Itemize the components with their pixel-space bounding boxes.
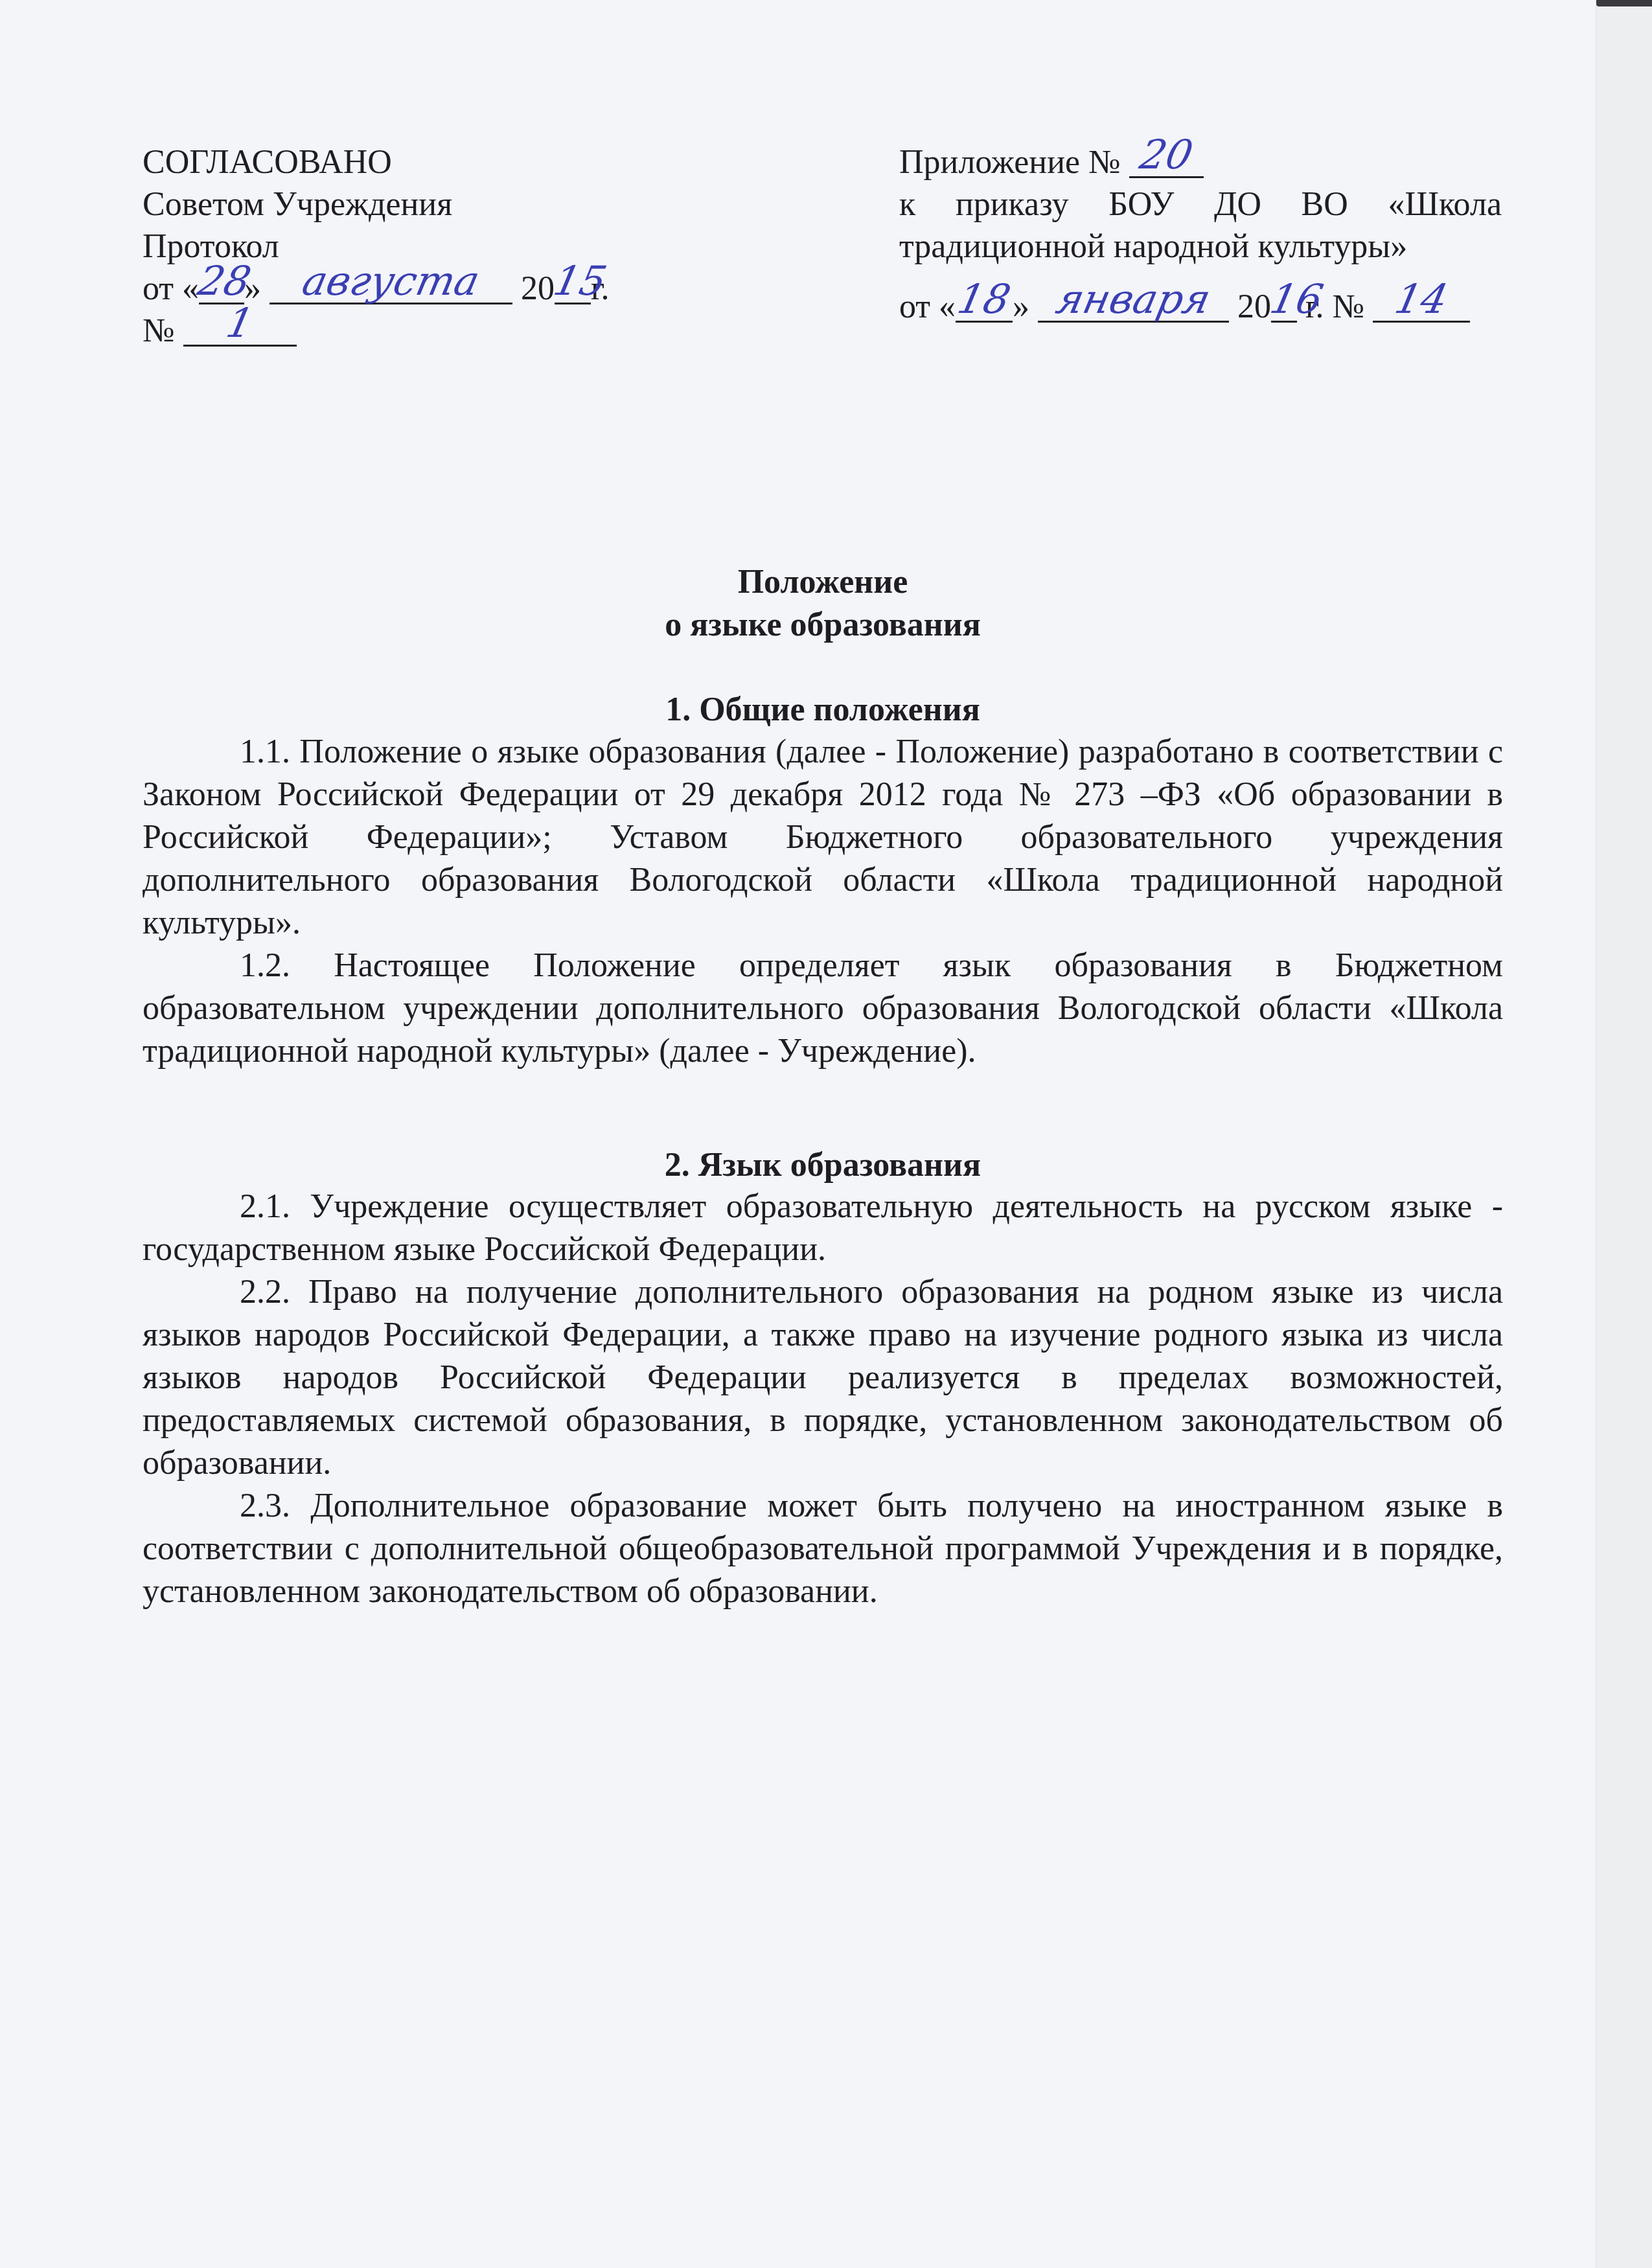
date-prefix: от «: [899, 288, 956, 325]
handwritten-day: 18: [951, 279, 1016, 319]
paragraph-1-1: 1.1. Положение о языке образования (дале…: [143, 731, 1503, 945]
approved-label: СОГЛАСОВАНО: [143, 141, 674, 183]
paragraph-2-1: 2.1. Учреждение осуществляет образовател…: [143, 1186, 1503, 1271]
month-field: января: [1038, 287, 1229, 323]
section-body-1: 1.1. Положение о языке образования (дале…: [143, 731, 1503, 1073]
date-prefix: от «: [143, 270, 199, 307]
document-subtitle: о языке образования: [143, 604, 1503, 647]
approved-by: Советом Учреждения: [143, 183, 674, 225]
handwritten-number: 1: [179, 303, 301, 343]
appendix-block: Приложение № 20 к приказу БОУ ДО ВО «Шко…: [899, 141, 1502, 328]
order-line-2: традиционной народной культуры»: [899, 225, 1502, 268]
order-line: к приказу БОУ ДО ВО «Школа: [899, 183, 1502, 225]
approval-block: СОГЛАСОВАНО Советом Учреждения Протокол …: [143, 141, 674, 352]
section-body-2: 2.1. Учреждение осуществляет образовател…: [143, 1186, 1503, 1613]
order-word: БОУ: [1108, 183, 1174, 225]
paragraph-1-2: 1.2. Настоящее Положение определяет язык…: [143, 945, 1503, 1073]
order-word: ДО: [1214, 183, 1261, 225]
handwritten-year: 16: [1267, 279, 1301, 319]
scan-edge: [1596, 0, 1652, 2268]
date-mid: »: [1013, 288, 1029, 325]
paragraph-2-2: 2.2. Право на получение дополнительного …: [143, 1271, 1503, 1485]
document-title: Положение: [143, 561, 1503, 604]
scan-edge-shadow: [1596, 0, 1652, 6]
number-field: 1: [183, 311, 297, 347]
section-heading-2: 2. Язык образования: [143, 1144, 1503, 1187]
section-heading-1: 1. Общие положения: [143, 689, 1503, 731]
paragraph-2-3: 2.3. Дополнительное образование может бы…: [143, 1485, 1503, 1613]
appendix-number-field: 20: [1129, 143, 1204, 178]
year-field: 16: [1271, 287, 1297, 323]
appendix-label: Приложение №: [899, 144, 1121, 181]
handwritten-month: января: [1033, 279, 1233, 319]
month-field: августа: [270, 269, 512, 304]
handwritten-month: августа: [265, 261, 516, 301]
order-number-field: 14: [1373, 287, 1470, 323]
order-word: к: [899, 183, 915, 225]
handwritten-order-number: 14: [1369, 279, 1474, 319]
handwritten-appendix-number: 20: [1125, 135, 1208, 175]
protocol-number-line: № 1: [143, 310, 674, 352]
handwritten-day: 28: [194, 261, 248, 301]
document-page: СОГЛАСОВАНО Советом Учреждения Протокол …: [0, 0, 1596, 2268]
order-date-line: от «18» января 2016 г. № 14: [899, 286, 1502, 328]
handwritten-year: 15: [550, 261, 595, 301]
appendix-line: Приложение № 20: [899, 141, 1502, 183]
order-word: «Школа: [1388, 183, 1502, 225]
order-word: ВО: [1302, 183, 1348, 225]
order-word: приказу: [956, 183, 1069, 225]
day-field: 18: [956, 287, 1013, 323]
number-label: №: [143, 312, 175, 349]
year-field: 15: [555, 269, 591, 304]
